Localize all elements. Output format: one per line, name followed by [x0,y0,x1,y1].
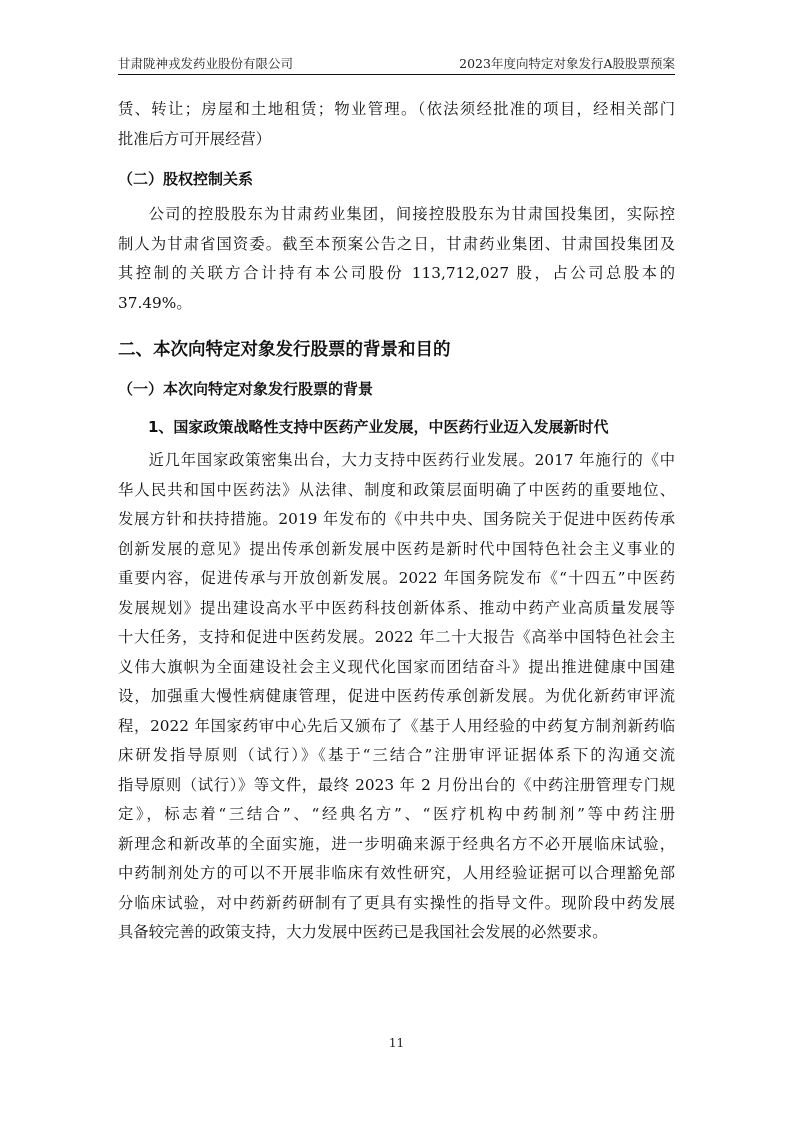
subsection-heading-policy-support: 1、国家政策战略性支持中医药产业发展，中医药行业迈入发展新时代 [118,414,675,440]
page-body: 赁、转让；房屋和土地租赁；物业管理。（依法须经批准的项目，经相关部门 批准后方可… [118,95,675,948]
text-line: 定》，标志着“三结合”、“经典名方”、“医疗机构中药制剂”等中药注册 [118,800,675,830]
text-line: 程，2022 年国家药审中心先后又颁布了《基于人用经验的中药复方制剂新药临 [118,712,675,742]
continuation-paragraph: 赁、转让；房屋和土地租赁；物业管理。（依法须经批准的项目，经相关部门 批准后方可… [118,95,675,154]
text-line: 具备较完善的政策支持，大力发展中医药已是我国社会发展的必然要求。 [118,918,675,948]
section-heading-equity-control: （二）股权控制关系 [118,166,675,192]
text-line: 37.49%。 [118,289,675,319]
text-line: 分临床试验，对中药新药研制有了更具有实操性的指导文件。现阶段中药发展 [118,889,675,919]
text-line: 创新发展的意见》提出传承创新发展中医药是新时代中国特色社会主义事业的 [118,535,675,565]
page-number: 11 [0,1036,793,1050]
text-line: 设，加强重大慢性病健康管理，促进中医药传承创新发展。为优化新药审评流 [118,682,675,712]
text-line: 其控制的关联方合计持有本公司股份 113,712,027 股，占公司总股本的 [118,259,675,289]
policy-paragraph: 近几年国家政策密集出台，大力支持中医药行业发展。2017 年施行的《中 华人民共… [118,446,675,948]
section-heading-background: （一）本次向特定对象发行股票的背景 [118,376,675,402]
text-line: 公司的控股股东为甘肃药业集团，间接控股股东为甘肃国投集团，实际控 [118,200,675,230]
text-line: 赁、转让；房屋和土地租赁；物业管理。（依法须经批准的项目，经相关部门 [118,95,675,125]
chapter-heading-background-purpose: 二、本次向特定对象发行股票的背景和目的 [118,336,675,364]
equity-paragraph: 公司的控股股东为甘肃药业集团，间接控股股东为甘肃国投集团，实际控 制人为甘肃省国… [118,200,675,318]
text-line: 中药制剂处方的可以不开展非临床有效性研究，人用经验证据可以合理豁免部 [118,859,675,889]
text-line: 重要内容，促进传承与开放创新发展。2022 年国务院发布《“十四五”中医药 [118,564,675,594]
header-company-name: 甘肃陇神戎发药业股份有限公司 [118,54,293,74]
text-line: 义伟大旗帜为全面建设社会主义现代化国家而团结奋斗》提出推进健康中国建 [118,653,675,683]
text-line: 发展规划》提出建设高水平中医药科技创新体系、推动中药产业高质量发展等 [118,594,675,624]
document-page: 甘肃陇神戎发药业股份有限公司 2023年度向特定对象发行A股股票预案 赁、转让；… [0,0,793,1122]
page-header: 甘肃陇神戎发药业股份有限公司 2023年度向特定对象发行A股股票预案 [118,54,675,75]
text-line: 新理念和新改革的全面实施，进一步明确来源于经典名方不必开展临床试验， [118,830,675,860]
text-line: 华人民共和国中医药法》从法律、制度和政策层面明确了中医药的重要地位、 [118,476,675,506]
text-line: 批准后方可开展经营） [118,125,675,155]
text-line: 近几年国家政策密集出台，大力支持中医药行业发展。2017 年施行的《中 [118,446,675,476]
text-line: 发展方针和扶持措施。2019 年发布的《中共中央、国务院关于促进中医药传承 [118,505,675,535]
text-line: 指导原则（试行）》等文件，最终 2023 年 2 月份出台的《中药注册管理专门规 [118,771,675,801]
text-line: 制人为甘肃省国资委。截至本预案公告之日，甘肃药业集团、甘肃国投集团及 [118,230,675,260]
header-document-title: 2023年度向特定对象发行A股股票预案 [459,54,675,74]
text-line: 床研发指导原则（试行）》《基于“三结合”注册审评证据体系下的沟通交流 [118,741,675,771]
text-line: 十大任务，支持和促进中医药发展。2022 年二十大报告《高举中国特色社会主 [118,623,675,653]
